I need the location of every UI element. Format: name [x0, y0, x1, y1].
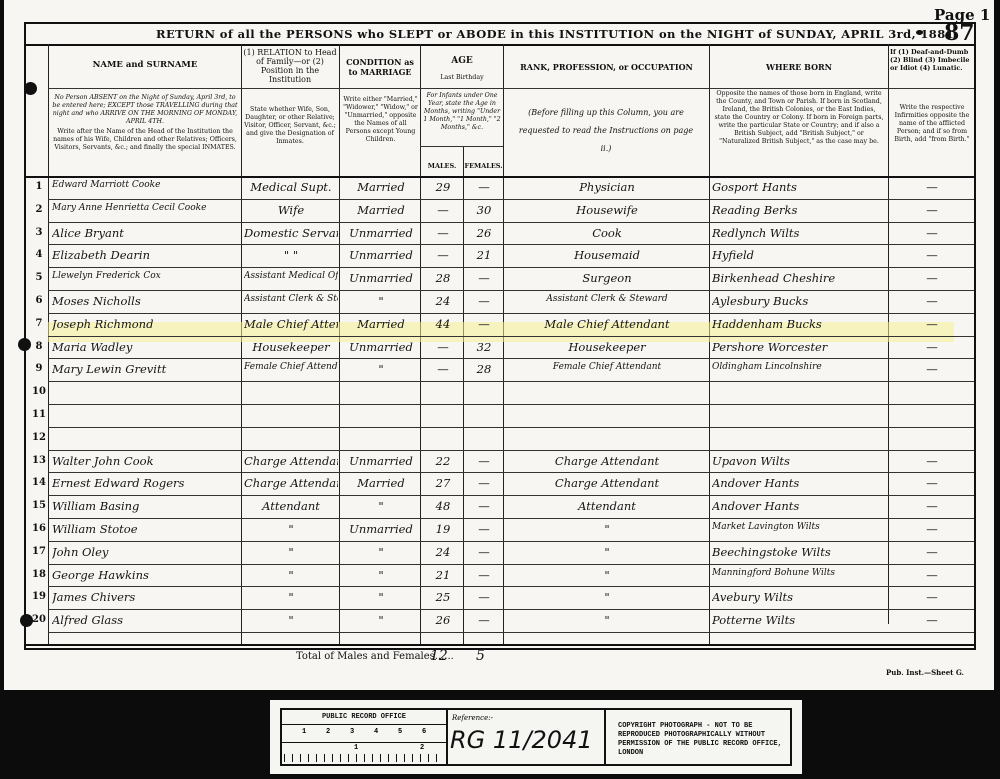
- row-where-born: Oldingham Lincolnshire: [712, 362, 888, 372]
- row-condition: Unmarried: [342, 454, 420, 468]
- divider: [26, 176, 974, 178]
- row-age-female: —: [466, 499, 502, 513]
- row-age-male: 27: [424, 476, 462, 490]
- row-number: 12: [28, 432, 50, 443]
- row-name: Joseph Richmond: [52, 317, 240, 331]
- row-divider: [48, 632, 974, 633]
- page-title: RETURN of all the PERSONS who SLEPT or A…: [156, 27, 958, 41]
- row-occupation: Cook: [506, 226, 708, 240]
- row-age-male: 48: [424, 499, 462, 513]
- row-relation: Domestic Servant: [244, 226, 338, 240]
- header-infirmity: If (1) Deaf-and-Dumb (2) Blind (3) Imbec…: [890, 48, 974, 72]
- row-relation: Female Chief Attendant: [244, 362, 338, 372]
- row-divider: [48, 244, 974, 245]
- row-where-born: Redlynch Wilts: [712, 226, 888, 240]
- row-where-born: Beechingstoke Wilts: [712, 545, 888, 559]
- row-infirmity: —: [892, 499, 972, 513]
- header-relation: (1) RELATION to Head of Family—or (2) Po…: [242, 48, 338, 84]
- row-relation: Medical Supt.: [244, 180, 338, 194]
- row-occupation: Housekeeper: [506, 340, 708, 354]
- row-divider: [48, 541, 974, 542]
- copyright-notice: COPYRIGHT PHOTOGRAPH - NOT TO BE REPRODU…: [618, 722, 788, 758]
- row-where-born: Manningford Bohune Wilts: [712, 568, 888, 578]
- row-age-female: —: [466, 522, 502, 536]
- row-age-female: 32: [466, 340, 502, 354]
- row-infirmity: —: [892, 203, 972, 217]
- row-where-born: Upavon Wilts: [712, 454, 888, 468]
- row-age-male: 21: [424, 568, 462, 582]
- row-name: Walter John Cook: [52, 454, 240, 468]
- total-females: 5: [476, 648, 485, 664]
- row-occupation: Surgeon: [506, 271, 708, 285]
- row-number: 1: [28, 181, 50, 192]
- reference-label: Reference:-: [452, 714, 493, 722]
- row-divider: [48, 472, 974, 473]
- row-occupation: Assistant Clerk & Steward: [506, 294, 708, 304]
- row-divider: [48, 336, 974, 337]
- header-name-note2: Write after the Name of the Head of the …: [52, 128, 238, 152]
- row-condition: ": [342, 568, 420, 582]
- divider: [48, 88, 420, 89]
- row-infirmity: —: [892, 613, 972, 627]
- row-name: William Stotoe: [52, 522, 240, 536]
- row-number: 4: [28, 249, 50, 260]
- row-where-born: Hyfield: [712, 248, 888, 262]
- row-where-born: Andover Hants: [712, 476, 888, 490]
- header-name-note1: No Person ABSENT on the Night of Sunday,…: [52, 94, 238, 126]
- census-table: RETURN of all the PERSONS who SLEPT or A…: [24, 22, 976, 650]
- header-where-born-note: Opposite the names of those born in Engl…: [714, 90, 884, 146]
- row-name: Alice Bryant: [52, 226, 240, 240]
- row-occupation: Charge Attendant: [506, 476, 708, 490]
- row-infirmity: —: [892, 568, 972, 582]
- row-occupation: ": [506, 568, 708, 582]
- ruler-number: 3: [350, 728, 354, 736]
- row-age-female: —: [466, 317, 502, 331]
- record-office-label: PUBLIC RECORD OFFICE 1 2 3 4 5 6 1 2 Ref…: [270, 700, 802, 774]
- row-age-male: 25: [424, 590, 462, 604]
- row-condition: Unmarried: [342, 226, 420, 240]
- row-age-female: —: [466, 476, 502, 490]
- row-divider: [48, 450, 974, 451]
- row-number: 19: [28, 591, 50, 602]
- row-number: 13: [28, 455, 50, 466]
- row-divider: [48, 222, 974, 223]
- row-infirmity: —: [892, 476, 972, 490]
- ruler-section: PUBLIC RECORD OFFICE 1 2 3 4 5 6 1 2: [282, 710, 448, 764]
- row-occupation: Attendant: [506, 499, 708, 513]
- row-where-born: Pershore Worcester: [712, 340, 888, 354]
- divider: [503, 88, 889, 89]
- header-females: FEMALES.: [464, 162, 503, 170]
- row-infirmity: —: [892, 180, 972, 194]
- row-relation: Assistant Medical Officer: [244, 271, 338, 281]
- row-divider: [48, 381, 974, 382]
- punch-hole-icon: [20, 614, 33, 627]
- form-reference: Pub. Inst.—Sheet G.: [886, 668, 964, 677]
- row-number: 11: [28, 409, 50, 420]
- row-name: Edward Marriott Cooke: [52, 180, 240, 190]
- row-infirmity: —: [892, 454, 972, 468]
- ruler-ticks: [284, 754, 442, 762]
- row-where-born: Birkenhead Cheshire: [712, 271, 888, 285]
- row-relation: Charge Attendant: [244, 476, 338, 490]
- header-where-born: WHERE BORN: [710, 62, 888, 72]
- row-occupation: ": [506, 613, 708, 627]
- row-age-female: —: [466, 180, 502, 194]
- row-age-female: 26: [466, 226, 502, 240]
- header-relation-note: State whether Wife, Son, Daughter, or ot…: [244, 106, 336, 146]
- row-condition: ": [342, 590, 420, 604]
- row-divider: [48, 609, 974, 610]
- row-number: 18: [28, 569, 50, 580]
- row-occupation: Physician: [506, 180, 708, 194]
- header-condition-note: Write either "Married," "Widower," "Wido…: [342, 96, 419, 144]
- header-age-subtitle: Last Birthday: [421, 74, 503, 82]
- row-age-male: 24: [424, 545, 462, 559]
- row-relation: " ": [244, 248, 338, 262]
- row-divider: [48, 518, 974, 519]
- row-infirmity: —: [892, 226, 972, 240]
- census-sheet: Page 1 RETURN of all the PERSONS who SLE…: [4, 0, 994, 690]
- header-name: NAME and SURNAME: [50, 60, 240, 70]
- row-condition: ": [342, 613, 420, 627]
- row-number: 10: [28, 386, 50, 397]
- row-number: 17: [28, 546, 50, 557]
- row-condition: ": [342, 362, 420, 376]
- col-divider: [503, 44, 504, 646]
- row-divider: [48, 495, 974, 496]
- row-infirmity: —: [892, 271, 972, 285]
- row-condition: Unmarried: [342, 522, 420, 536]
- row-relation: Charge Attendant: [244, 454, 338, 468]
- row-condition: ": [342, 294, 420, 308]
- row-number: 3: [28, 227, 50, 238]
- row-name: Alfred Glass: [52, 613, 240, 627]
- row-divider: [48, 313, 974, 314]
- divider: [420, 146, 503, 147]
- row-age-male: —: [424, 340, 462, 354]
- reference-value: RG 11/2041: [450, 726, 593, 754]
- row-name: John Oley: [52, 545, 240, 559]
- row-occupation: Housemaid: [506, 248, 708, 262]
- row-divider: [48, 404, 974, 405]
- row-where-born: Market Lavington Wilts: [712, 522, 888, 532]
- total-males: 12: [430, 648, 448, 664]
- row-condition: Unmarried: [342, 340, 420, 354]
- row-age-male: 22: [424, 454, 462, 468]
- divider: [420, 88, 503, 89]
- ruler-inch: 2: [420, 744, 424, 752]
- row-occupation: Female Chief Attendant: [506, 362, 708, 372]
- row-name: Moses Nicholls: [52, 294, 240, 308]
- row-number: 7: [28, 318, 50, 329]
- row-infirmity: —: [892, 340, 972, 354]
- row-occupation: ": [506, 522, 708, 536]
- header-age-note: For Infants under One Year, state the Ag…: [423, 92, 501, 132]
- col-divider: [709, 44, 710, 646]
- ruler-number: 5: [398, 728, 402, 736]
- row-age-male: —: [424, 203, 462, 217]
- row-number: 16: [28, 523, 50, 534]
- row-age-female: —: [466, 613, 502, 627]
- row-condition: Unmarried: [342, 271, 420, 285]
- row-occupation: ": [506, 590, 708, 604]
- row-infirmity: —: [892, 317, 972, 331]
- header-age: AGE: [421, 56, 503, 66]
- row-name: Elizabeth Dearin: [52, 248, 240, 262]
- row-condition: Married: [342, 317, 420, 331]
- row-condition: Unmarried: [342, 248, 420, 262]
- row-age-female: —: [466, 590, 502, 604]
- row-age-male: 26: [424, 613, 462, 627]
- row-divider: [48, 290, 974, 291]
- punch-hole-icon: [18, 338, 31, 351]
- row-where-born: Potterne Wilts: [712, 613, 888, 627]
- row-number: 6: [28, 295, 50, 306]
- row-age-female: —: [466, 454, 502, 468]
- row-age-male: —: [424, 362, 462, 376]
- row-relation: ": [244, 545, 338, 559]
- row-relation: Male Chief Attendant: [244, 317, 338, 331]
- header-occupation: RANK, PROFESSION, or OCCUPATION: [504, 62, 709, 72]
- ruler-number: 4: [374, 728, 378, 736]
- row-age-male: 28: [424, 271, 462, 285]
- row-relation: ": [244, 568, 338, 582]
- row-name: Mary Anne Henrietta Cecil Cooke: [52, 203, 240, 213]
- row-where-born: Haddenham Bucks: [712, 317, 888, 331]
- row-name: Ernest Edward Rogers: [52, 476, 240, 490]
- header-occupation-note: (Before filling up this Column, you are …: [516, 104, 696, 158]
- row-relation: ": [244, 613, 338, 627]
- col-divider: [241, 44, 242, 646]
- row-age-male: 29: [424, 180, 462, 194]
- row-age-female: 30: [466, 203, 502, 217]
- ruler-number: 2: [326, 728, 330, 736]
- row-divider: [48, 199, 974, 200]
- ink-mark-icon: [916, 30, 923, 35]
- col-divider: [339, 44, 340, 646]
- row-infirmity: —: [892, 248, 972, 262]
- row-occupation: ": [506, 545, 708, 559]
- header-condition: CONDITION as to MARRIAGE: [341, 57, 419, 77]
- row-age-male: 19: [424, 522, 462, 536]
- row-name: George Hawkins: [52, 568, 240, 582]
- row-age-female: —: [466, 568, 502, 582]
- header-infirmity-note: Write the respective Infirmities opposit…: [892, 104, 972, 144]
- row-relation: Wife: [244, 203, 338, 217]
- row-infirmity: —: [892, 522, 972, 536]
- row-divider: [48, 564, 974, 565]
- row-relation: ": [244, 522, 338, 536]
- row-where-born: Aylesbury Bucks: [712, 294, 888, 308]
- row-condition: Married: [342, 476, 420, 490]
- row-condition: Married: [342, 203, 420, 217]
- schedule-number: 87: [944, 20, 975, 46]
- row-divider: [48, 427, 974, 428]
- row-name: Llewelyn Frederick Cox: [52, 271, 240, 281]
- row-infirmity: —: [892, 362, 972, 376]
- row-number: 5: [28, 272, 50, 283]
- row-where-born: Reading Berks: [712, 203, 888, 217]
- row-occupation: Housewife: [506, 203, 708, 217]
- ruler-number: 1: [302, 728, 306, 736]
- header-males: MALES.: [421, 162, 463, 170]
- row-age-female: —: [466, 294, 502, 308]
- row-where-born: Gosport Hants: [712, 180, 888, 194]
- row-condition: ": [342, 499, 420, 513]
- row-age-female: —: [466, 271, 502, 285]
- row-infirmity: —: [892, 545, 972, 559]
- col-divider: [420, 44, 421, 646]
- row-condition: Married: [342, 180, 420, 194]
- row-occupation: Charge Attendant: [506, 454, 708, 468]
- record-office-title: PUBLIC RECORD OFFICE: [282, 713, 446, 721]
- title-bar: RETURN of all the PERSONS who SLEPT or A…: [26, 24, 974, 46]
- row-age-female: 21: [466, 248, 502, 262]
- row-occupation: Male Chief Attendant: [506, 317, 708, 331]
- row-number: 8: [28, 341, 50, 352]
- divider: [26, 644, 974, 646]
- row-divider: [48, 586, 974, 587]
- row-age-male: 44: [424, 317, 462, 331]
- row-divider: [48, 267, 974, 268]
- row-infirmity: —: [892, 590, 972, 604]
- punch-hole-icon: [24, 82, 37, 95]
- row-number: 15: [28, 500, 50, 511]
- row-number: 9: [28, 363, 50, 374]
- row-age-male: —: [424, 226, 462, 240]
- ruler-inch: 1: [354, 744, 358, 752]
- row-relation: Housekeeper: [244, 340, 338, 354]
- ruler-number: 6: [422, 728, 426, 736]
- row-name: James Chivers: [52, 590, 240, 604]
- row-where-born: Avebury Wilts: [712, 590, 888, 604]
- row-name: Maria Wadley: [52, 340, 240, 354]
- row-name: Mary Lewin Grevitt: [52, 362, 240, 376]
- row-where-born: Andover Hants: [712, 499, 888, 513]
- row-infirmity: —: [892, 294, 972, 308]
- row-number: 2: [28, 204, 50, 215]
- row-age-female: —: [466, 545, 502, 559]
- divider: [888, 88, 974, 89]
- row-number: 14: [28, 477, 50, 488]
- row-age-female: 28: [466, 362, 502, 376]
- row-relation: ": [244, 590, 338, 604]
- row-age-male: 24: [424, 294, 462, 308]
- row-age-male: —: [424, 248, 462, 262]
- row-relation: Assistant Clerk & Steward: [244, 294, 338, 304]
- row-name: William Basing: [52, 499, 240, 513]
- row-relation: Attendant: [244, 499, 338, 513]
- row-condition: ": [342, 545, 420, 559]
- row-divider: [48, 358, 974, 359]
